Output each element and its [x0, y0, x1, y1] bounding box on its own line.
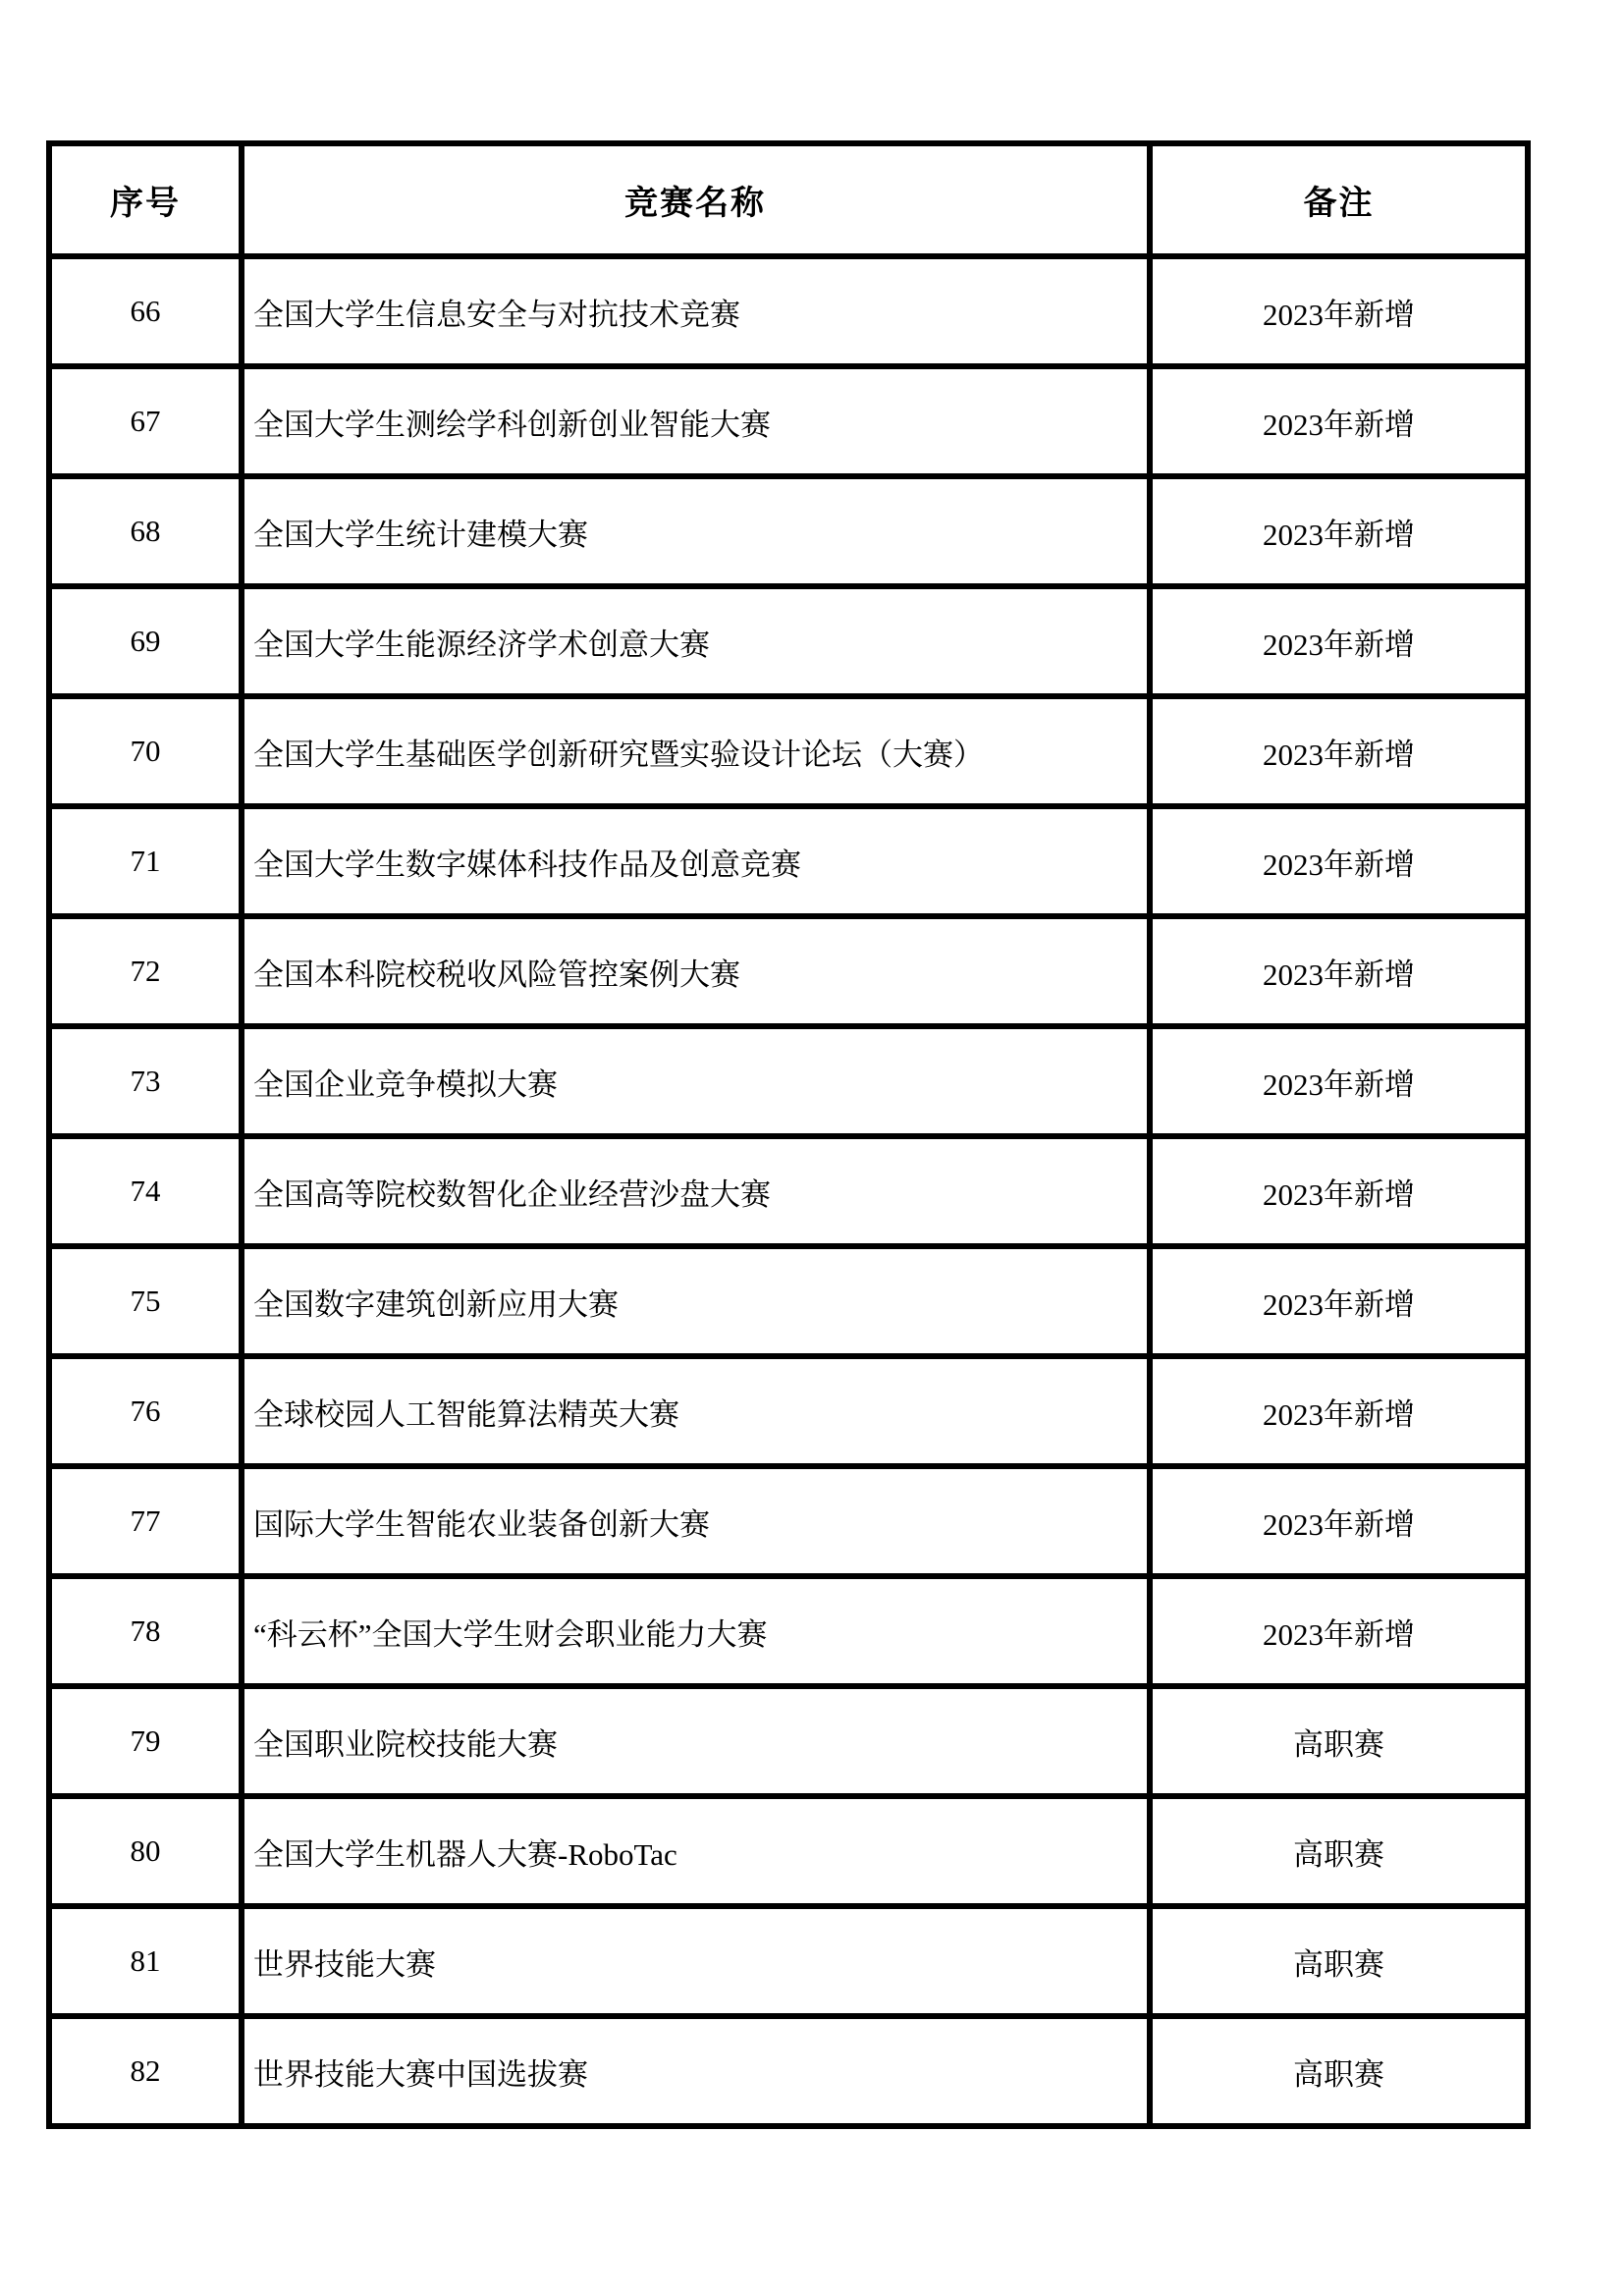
table-header-row: 序号 竞赛名称 备注	[49, 143, 1528, 256]
row-number-cell: 68	[49, 476, 242, 586]
competition-name-cell: 全国高等院校数智化企业经营沙盘大赛	[242, 1136, 1150, 1246]
row-number-cell: 73	[49, 1026, 242, 1136]
competition-name-cell: 全国大学生能源经济学术创意大赛	[242, 586, 1150, 696]
note-cell: 2023年新增	[1150, 1576, 1528, 1686]
competition-name-cell: 全国本科院校税收风险管控案例大赛	[242, 916, 1150, 1026]
note-cell: 2023年新增	[1150, 916, 1528, 1026]
competition-name-cell: 全国大学生基础医学创新研究暨实验设计论坛（大赛）	[242, 696, 1150, 806]
row-number-cell: 74	[49, 1136, 242, 1246]
table-row: 77 国际大学生智能农业装备创新大赛 2023年新增	[49, 1466, 1528, 1576]
row-number-cell: 76	[49, 1356, 242, 1466]
table-row: 73 全国企业竞争模拟大赛 2023年新增	[49, 1026, 1528, 1136]
table-row: 80 全国大学生机器人大赛-RoboTac 高职赛	[49, 1796, 1528, 1906]
header-note: 备注	[1150, 143, 1528, 256]
table-body: 66 全国大学生信息安全与对抗技术竞赛 2023年新增 67 全国大学生测绘学科…	[49, 256, 1528, 2126]
row-number-cell: 81	[49, 1906, 242, 2016]
row-number-cell: 79	[49, 1686, 242, 1796]
table-row: 81 世界技能大赛 高职赛	[49, 1906, 1528, 2016]
header-row: 序号 竞赛名称 备注	[49, 143, 1528, 256]
table-row: 75 全国数字建筑创新应用大赛 2023年新增	[49, 1246, 1528, 1356]
row-number-cell: 75	[49, 1246, 242, 1356]
note-cell: 2023年新增	[1150, 1356, 1528, 1466]
table-row: 71 全国大学生数字媒体科技作品及创意竞赛 2023年新增	[49, 806, 1528, 916]
note-cell: 2023年新增	[1150, 476, 1528, 586]
competition-name-cell: 全国企业竞争模拟大赛	[242, 1026, 1150, 1136]
competition-name-cell: 全国大学生统计建模大赛	[242, 476, 1150, 586]
header-serial-number: 序号	[49, 143, 242, 256]
note-cell: 2023年新增	[1150, 586, 1528, 696]
row-number-cell: 72	[49, 916, 242, 1026]
table-row: 69 全国大学生能源经济学术创意大赛 2023年新增	[49, 586, 1528, 696]
row-number-cell: 71	[49, 806, 242, 916]
competition-name-cell: 全球校园人工智能算法精英大赛	[242, 1356, 1150, 1466]
row-number-cell: 69	[49, 586, 242, 696]
competition-name-cell: “科云杯”全国大学生财会职业能力大赛	[242, 1576, 1150, 1686]
note-cell: 2023年新增	[1150, 696, 1528, 806]
table-row: 76 全球校园人工智能算法精英大赛 2023年新增	[49, 1356, 1528, 1466]
note-cell: 2023年新增	[1150, 1466, 1528, 1576]
note-cell: 2023年新增	[1150, 366, 1528, 476]
row-number-cell: 78	[49, 1576, 242, 1686]
table-row: 79 全国职业院校技能大赛 高职赛	[49, 1686, 1528, 1796]
table-row: 67 全国大学生测绘学科创新创业智能大赛 2023年新增	[49, 366, 1528, 476]
note-cell: 2023年新增	[1150, 1026, 1528, 1136]
competition-name-cell: 国际大学生智能农业装备创新大赛	[242, 1466, 1150, 1576]
note-cell: 高职赛	[1150, 1796, 1528, 1906]
competition-table: 序号 竞赛名称 备注 66 全国大学生信息安全与对抗技术竞赛 2023年新增 6…	[46, 140, 1531, 2129]
note-cell: 高职赛	[1150, 2016, 1528, 2126]
competition-name-cell: 全国大学生信息安全与对抗技术竞赛	[242, 256, 1150, 366]
note-cell: 2023年新增	[1150, 1136, 1528, 1246]
competition-name-cell: 全国大学生测绘学科创新创业智能大赛	[242, 366, 1150, 476]
header-competition-name: 竞赛名称	[242, 143, 1150, 256]
row-number-cell: 70	[49, 696, 242, 806]
competition-name-cell: 全国数字建筑创新应用大赛	[242, 1246, 1150, 1356]
competition-name-cell: 全国大学生数字媒体科技作品及创意竞赛	[242, 806, 1150, 916]
table-row: 74 全国高等院校数智化企业经营沙盘大赛 2023年新增	[49, 1136, 1528, 1246]
table-row: 82 世界技能大赛中国选拔赛 高职赛	[49, 2016, 1528, 2126]
competition-name-cell: 世界技能大赛	[242, 1906, 1150, 2016]
table-row: 72 全国本科院校税收风险管控案例大赛 2023年新增	[49, 916, 1528, 1026]
note-cell: 高职赛	[1150, 1906, 1528, 2016]
table-row: 78 “科云杯”全国大学生财会职业能力大赛 2023年新增	[49, 1576, 1528, 1686]
row-number-cell: 67	[49, 366, 242, 476]
competition-name-cell: 全国职业院校技能大赛	[242, 1686, 1150, 1796]
competition-name-cell: 世界技能大赛中国选拔赛	[242, 2016, 1150, 2126]
row-number-cell: 80	[49, 1796, 242, 1906]
note-cell: 2023年新增	[1150, 1246, 1528, 1356]
row-number-cell: 77	[49, 1466, 242, 1576]
table-row: 70 全国大学生基础医学创新研究暨实验设计论坛（大赛） 2023年新增	[49, 696, 1528, 806]
note-cell: 2023年新增	[1150, 806, 1528, 916]
row-number-cell: 82	[49, 2016, 242, 2126]
document-page: 序号 竞赛名称 备注 66 全国大学生信息安全与对抗技术竞赛 2023年新增 6…	[0, 0, 1623, 2296]
note-cell: 2023年新增	[1150, 256, 1528, 366]
note-cell: 高职赛	[1150, 1686, 1528, 1796]
table-row: 66 全国大学生信息安全与对抗技术竞赛 2023年新增	[49, 256, 1528, 366]
table-row: 68 全国大学生统计建模大赛 2023年新增	[49, 476, 1528, 586]
row-number-cell: 66	[49, 256, 242, 366]
competition-name-cell: 全国大学生机器人大赛-RoboTac	[242, 1796, 1150, 1906]
